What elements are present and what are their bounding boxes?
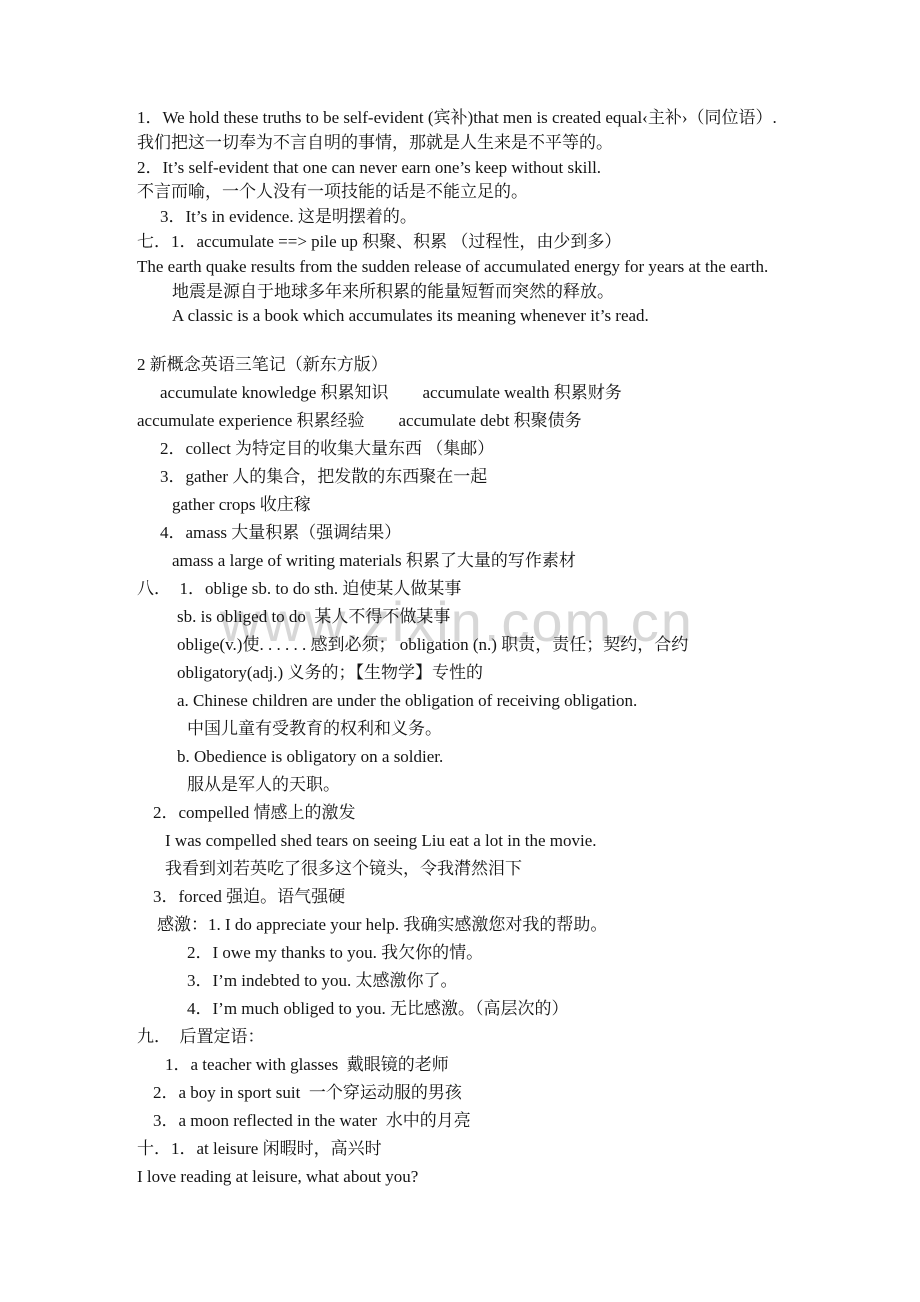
text-line: 1．a teacher with glasses 戴眼镜的老师 bbox=[137, 1051, 907, 1079]
blank-line bbox=[137, 329, 907, 351]
text-line: 3．gather 人的集合，把发散的东西聚在一起 bbox=[137, 463, 907, 491]
text-line: accumulate knowledge 积累知识 accumulate wea… bbox=[137, 379, 907, 407]
text-line: 我们把这一切奉为不言自明的事情，那就是人生来是不平等的。 bbox=[137, 131, 907, 156]
text-line: oblige(v.)使. . . . . . 感到必须； obligation … bbox=[137, 631, 907, 659]
text-line: 3．a moon reflected in the water 水中的月亮 bbox=[137, 1107, 907, 1135]
text-line: 3．I’m indebted to you. 太感激你了。 bbox=[137, 967, 907, 995]
text-line: gather crops 收庄稼 bbox=[137, 491, 907, 519]
text-line: 2．collect 为特定目的收集大量东西 （集邮） bbox=[137, 435, 907, 463]
text-line: 地震是源自于地球多年来所积累的能量短暂而突然的释放。 bbox=[137, 280, 907, 305]
text-line: 七．1．accumulate ==> pile up 积聚、积累 （过程性，由少… bbox=[137, 230, 907, 255]
text-line: I love reading at leisure, what about yo… bbox=[137, 1163, 907, 1191]
text-line: I was compelled shed tears on seeing Liu… bbox=[137, 827, 907, 855]
text-line: 八． 1．oblige sb. to do sth. 迫使某人做某事 bbox=[137, 575, 907, 603]
text-line: accumulate experience 积累经验 accumulate de… bbox=[137, 407, 907, 435]
text-line: 2．It’s self-evident that one can never e… bbox=[137, 156, 907, 181]
text-line: 3．forced 强迫。语气强硬 bbox=[137, 883, 907, 911]
text-line: 2．a boy in sport suit 一个穿运动服的男孩 bbox=[137, 1079, 907, 1107]
document-canvas: www.zixin.com.cn 1．We hold these truths … bbox=[0, 0, 920, 1302]
text-line: 2．I owe my thanks to you. 我欠你的情。 bbox=[137, 939, 907, 967]
text-line: 2 新概念英语三笔记（新东方版） bbox=[137, 351, 907, 379]
text-line: obligatory(adj.) 义务的；【生物学】专性的 bbox=[137, 659, 907, 687]
text-line: 3．It’s in evidence. 这是明摆着的。 bbox=[137, 205, 907, 230]
text-line: 2．compelled 情感上的激发 bbox=[137, 799, 907, 827]
text-line: 服从是军人的天职。 bbox=[137, 771, 907, 799]
document-page: 1．We hold these truths to be self-eviden… bbox=[137, 106, 907, 1191]
text-line: 不言而喻，一个人没有一项技能的话是不能立足的。 bbox=[137, 180, 907, 205]
text-line: a. Chinese children are under the obliga… bbox=[137, 687, 907, 715]
text-line: 1．We hold these truths to be self-eviden… bbox=[137, 106, 907, 131]
text-line: sb. is obliged to do 某人不得不做某事 bbox=[137, 603, 907, 631]
text-line: 十．1．at leisure 闲暇时，高兴时 bbox=[137, 1135, 907, 1163]
text-line: The earth quake results from the sudden … bbox=[137, 255, 907, 280]
text-line: amass a large of writing materials 积累了大量… bbox=[137, 547, 907, 575]
text-line: A classic is a book which accumulates it… bbox=[137, 304, 907, 329]
text-line: 感激：1. I do appreciate your help. 我确实感激您对… bbox=[137, 911, 907, 939]
text-line: 4．amass 大量积累（强调结果） bbox=[137, 519, 907, 547]
text-line: 九． 后置定语： bbox=[137, 1023, 907, 1051]
text-line: 中国儿童有受教育的权利和义务。 bbox=[137, 715, 907, 743]
text-line: 4．I’m much obliged to you. 无比感激。（高层次的） bbox=[137, 995, 907, 1023]
text-line: 我看到刘若英吃了很多这个镜头，令我潸然泪下 bbox=[137, 855, 907, 883]
text-line: b. Obedience is obligatory on a soldier. bbox=[137, 743, 907, 771]
